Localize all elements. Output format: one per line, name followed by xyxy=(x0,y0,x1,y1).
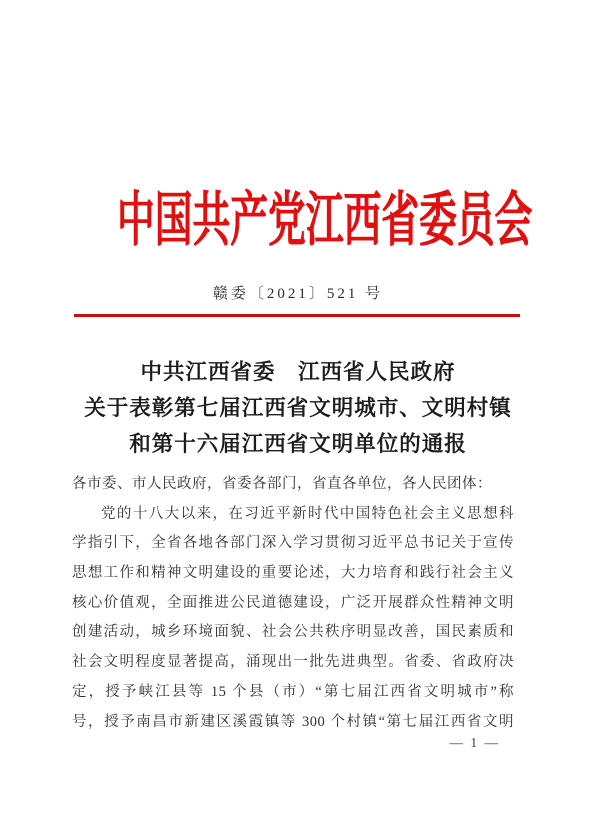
document-number: 赣委〔2021〕521 号 xyxy=(0,282,596,303)
issuing-org-text: 中国共产党江西省委员会 xyxy=(117,186,532,254)
body-line-salutation: 各市委、市人民政府，省委各部门，省直各单位，各人民团体： xyxy=(72,470,514,500)
issuing-org-title: 中国共产党江西省委员会 xyxy=(0,186,596,254)
body-line: 定，授予峡江县等 15 个县（市）“第七届江西省文明城市”称 xyxy=(72,678,514,708)
body-line: 创建活动，城乡环境面貌、社会公共秩序明显改善，国民素质和 xyxy=(72,618,514,648)
page-number: — 1 — xyxy=(450,735,501,751)
title-line-2: 关于表彰第七届江西省文明城市、文明村镇 xyxy=(0,390,596,426)
body-line: 社会文明程度显著提高，涌现出一批先进典型。省委、省政府决 xyxy=(72,648,514,678)
title-line-3: 和第十六届江西省文明单位的通报 xyxy=(0,426,596,462)
body-line: 学指引下，全省各地各部门深入学习贯彻习近平总书记关于宣传 xyxy=(72,529,514,559)
document-title: 中共江西省委 江西省人民政府 关于表彰第七届江西省文明城市、文明村镇 和第十六届… xyxy=(0,354,596,462)
body-line: 号，授予南昌市新建区溪霞镇等 300 个村镇“第七届江西省文明 xyxy=(72,708,514,738)
document-page: 中国共产党江西省委员会 赣委〔2021〕521 号 中共江西省委 江西省人民政府… xyxy=(0,0,596,838)
body-line: 核心价值观，全面推进公民道德建设，广泛开展群众性精神文明 xyxy=(72,589,514,619)
body-line: 思想工作和精神文明建设的重要论述，大力培育和践行社会主义 xyxy=(72,559,514,589)
red-divider-line xyxy=(74,314,520,317)
title-line-1: 中共江西省委 江西省人民政府 xyxy=(0,354,596,390)
body-line: 党的十八大以来，在习近平新时代中国特色社会主义思想科 xyxy=(72,500,514,530)
document-body: 各市委、市人民政府，省委各部门，省直各单位，各人民团体： 党的十八大以来，在习近… xyxy=(72,470,514,737)
